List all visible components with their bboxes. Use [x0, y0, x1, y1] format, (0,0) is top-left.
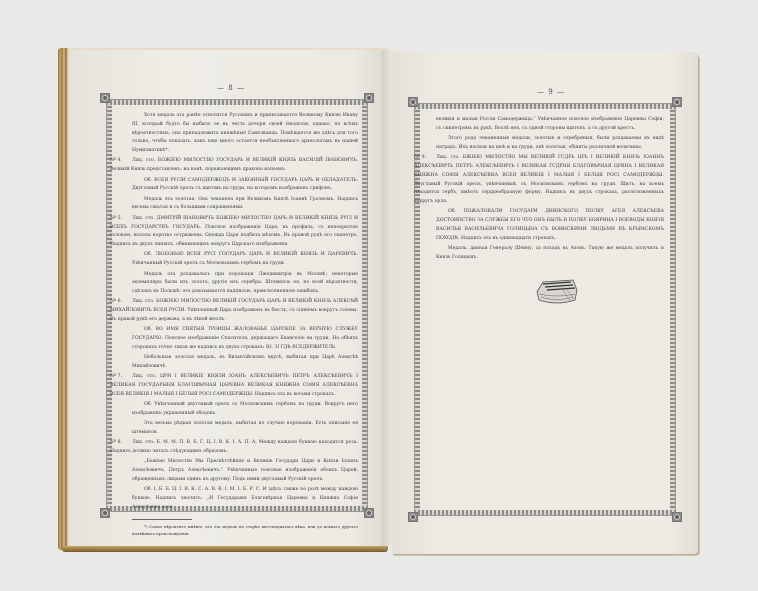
border-corner-ornament — [364, 508, 374, 518]
paragraph: Небольшая золотая медаль, въ Византiйско… — [132, 354, 358, 372]
paragraph: Медаль эта раздавалась при коронацiи Лже… — [132, 271, 358, 297]
paragraph: Медаль эта золотая. Она чеканена при Вел… — [132, 196, 358, 214]
catalog-entry: Nº 8.Лиц. сто. Б. М. М. П. В. Б. Г. Ц. I… — [110, 439, 358, 457]
paragraph: Об. ЛЮБОВЬЮ ВСЕЯ РУСI ГОСУДАРЬ ЦАРЬ И ВЕ… — [132, 251, 358, 269]
entry-text: Лиц. сто. БОЖIЕЮ МИЛОСТIЮ ВЕЛИКIЙ ГОСУДА… — [110, 299, 358, 322]
catalog-entry: Nº 5.Лиц. сто. ДМИТРIЙ IВАНОВИЧЪ БОЖIЕЮ … — [110, 215, 358, 250]
left-page-text: Хотя медаль эта ранѣе относится Русскимъ… — [132, 112, 358, 538]
border-corner-ornament — [364, 93, 374, 103]
paragraph: „Божiею Милостiю Мы Пресвѣтлѣйшiе и Вели… — [132, 458, 358, 484]
entry-number: Nº 7. — [110, 373, 132, 382]
entry-text: Лиц. сто. БОЖIЕЮ МИЛОСТIЮ ГОСУДАРЬ И ВЕЛ… — [110, 158, 358, 172]
entry-number: Nº 9. — [414, 154, 436, 163]
paragraph: Этого рода чеканенныя медали, золотыя и … — [436, 135, 664, 153]
paragraph: Медаль, данная Генералу Шеину, за походъ… — [436, 245, 664, 263]
paragraph: Хотя медаль эта ранѣе относится Русскимъ… — [132, 112, 358, 156]
paragraph: Об. I. Б. Б. Ц. I. В. К. С. А. В. В. I. … — [132, 486, 358, 512]
paragraph: Об. Увѣнчанный двуглавый орелъ съ Москов… — [132, 401, 358, 419]
right-page-text: великiя и малыя Россiи Самодержица.“ Увѣ… — [436, 116, 664, 264]
paragraph: Об. ПОЖАЛОВАЛИ ГОСУДАРИ ДВИНСКОГО ПОЛКУ … — [436, 208, 664, 243]
border-corner-ornament — [672, 97, 682, 107]
entry-text: Лиц. сто. БЖIЕЮ МИЛОСТIЮ МЫ ВЕЛИКIЙ ГСДР… — [414, 155, 664, 204]
border-corner-ornament — [100, 508, 110, 518]
paragraph: Об. ВСЕЯ РУСIИ САМОДЕРЖЕЦЪ И ЗАКОННЫЙ ГО… — [132, 177, 358, 195]
paragraph: великiя и малыя Россiи Самодержица.“ Увѣ… — [436, 116, 664, 134]
footnote-divider — [132, 519, 192, 520]
engraved-vignette-icon — [533, 276, 581, 306]
left-page: — 8 — Хотя медаль эта ранѣе относится Ру… — [70, 50, 384, 546]
footnote: *) Самое вѣроятное мнѣнiе, что эта медал… — [132, 523, 358, 537]
entry-text: Лиц. сто. ДМИТРIЙ IВАНОВИЧЪ БОЖIЕЮ МИЛОС… — [110, 216, 358, 247]
border-corner-ornament — [100, 93, 110, 103]
entry-number: Nº 5. — [110, 215, 132, 224]
open-book: — 8 — Хотя медаль эта ранѣе относится Ру… — [0, 0, 758, 591]
entry-number: Nº 6. — [110, 298, 132, 307]
entry-number: Nº 4. — [110, 157, 132, 166]
right-page-number: — 9 — — [537, 88, 565, 96]
left-page-number: — 8 — — [217, 84, 245, 92]
catalog-entry: Nº 4.Лиц. сто. БОЖIЕЮ МИЛОСТIЮ ГОСУДАРЬ … — [110, 157, 358, 175]
catalog-entry: Nº 9.Лиц. сто. БЖIЕЮ МИЛОСТIЮ МЫ ВЕЛИКIЙ… — [414, 154, 664, 207]
entry-text: Лиц. сто. Б. М. М. П. В. Б. Г. Ц. I. В. … — [110, 440, 358, 454]
catalog-entry: Nº 6.Лиц. сто. БОЖIЕЮ МИЛОСТIЮ ВЕЛИКIЙ Г… — [110, 298, 358, 324]
border-corner-ornament — [672, 512, 682, 522]
page-edge-gilt — [62, 546, 388, 552]
paragraph: Эта весьма рѣдкая золотая медаль, выбита… — [132, 420, 358, 438]
border-corner-ornament — [408, 512, 418, 522]
entry-number: Nº 8. — [110, 439, 132, 448]
paragraph: Об. ВО ИМЯ СВЯТЫЯ ТРОИЦЫ ЖАЛОВАНЬЕ ЦАРСК… — [132, 326, 358, 352]
entry-text: Лиц. сто. ЦРИ I ВЕЛИКIЕ КНЯЗИ IОАНЪ АЛЕК… — [110, 374, 358, 397]
catalog-entry: Nº 7.Лиц. сто. ЦРИ I ВЕЛИКIЕ КНЯЗИ IОАНЪ… — [110, 373, 358, 399]
border-corner-ornament — [408, 97, 418, 107]
